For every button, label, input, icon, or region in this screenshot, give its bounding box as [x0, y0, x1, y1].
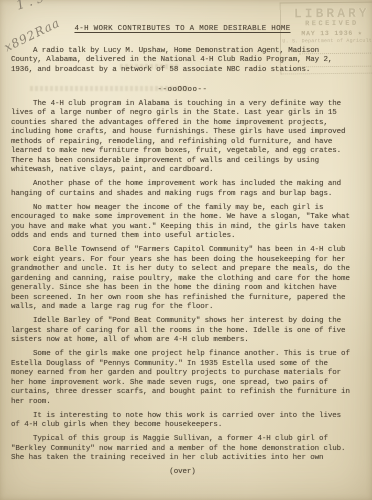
body-paragraph: Typical of this group is Maggie Sullivan… — [11, 435, 354, 464]
body-paragraph: It is interesting to note how this work … — [11, 412, 354, 431]
body-paragraph: The 4-H club program in Alabama is touch… — [11, 100, 354, 176]
body-paragraph: Another phase of the home improvement wo… — [11, 180, 354, 199]
body-paragraph: Cora Belle Townsend of "Farmers Capitol … — [11, 246, 354, 313]
body-paragraph: No matter how meager the income of the f… — [11, 204, 354, 242]
body-paragraph: Some of the girls make one project help … — [11, 350, 354, 407]
section-divider: --ooOOoo-- — [11, 86, 354, 96]
document-page: 1.9 x892Raa LIBRARY RECEIVED MAY 13 1936… — [0, 0, 372, 500]
over-note: (over) — [11, 468, 354, 478]
intro-paragraph: A radio talk by Lucy M. Upshaw, Home Dem… — [11, 47, 354, 76]
typewritten-content: 4-H WORK CONTRIBUTES TO A MORE DESIRABLE… — [0, 0, 372, 478]
body-paragraph: Idelle Barley of "Pond Beat Community" s… — [11, 317, 354, 346]
page-title: 4-H WORK CONTRIBUTES TO A MORE DESIRABLE… — [11, 25, 354, 35]
